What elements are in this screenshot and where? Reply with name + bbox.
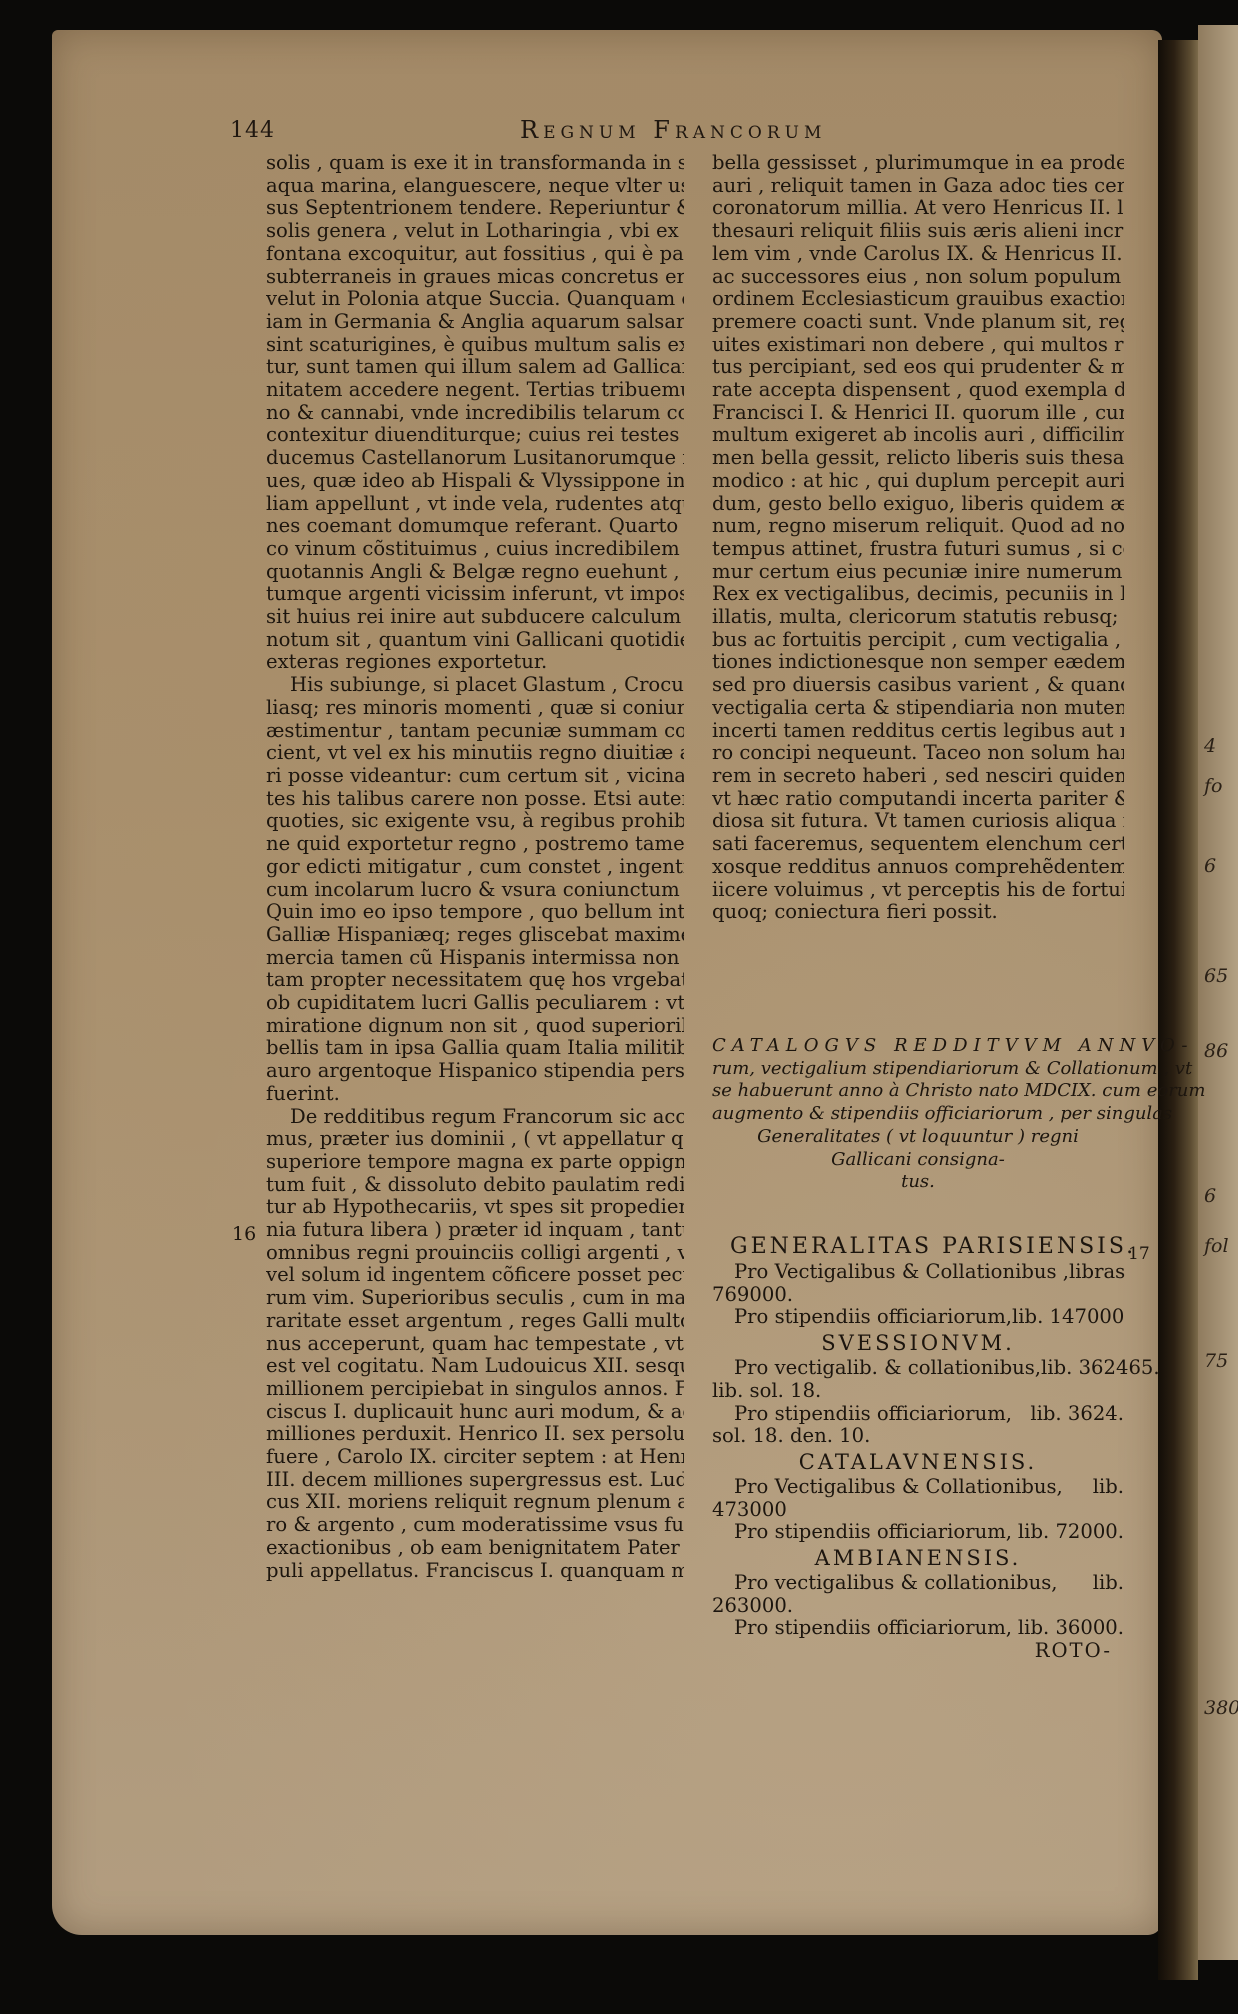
catalog-heading-line: tus.: [712, 1171, 1124, 1194]
text-line: illatis, multa, clericorum statutis rebu…: [712, 606, 1124, 629]
adjacent-page-fragment: 6: [1204, 1185, 1216, 1207]
text-line: modico : at hic , qui duplum percepit au…: [712, 470, 1124, 493]
catalog-heading-line: Gallicani consigna-: [712, 1149, 1124, 1172]
entry-amount: lib.: [1093, 1572, 1124, 1595]
book-scan: 4fo665866fol75380 144 Regnum Francorum 1…: [0, 0, 1238, 2014]
entry-amount: lib. 3624.: [1030, 1403, 1124, 1426]
text-line: sus Septentrionem tendere. Reperiuntur &…: [266, 197, 684, 220]
text-line: vectigalia certa & stipendiaria non mute…: [712, 697, 1124, 720]
adjacent-page-fragment: fo: [1204, 775, 1222, 797]
text-line: contexitur diuenditurque; cuius rei test…: [266, 424, 684, 447]
text-line: co vinum cõstituimus , cuius incredibile…: [266, 538, 684, 561]
text-line: liam appellunt , vt inde vela, rudentes …: [266, 493, 684, 516]
text-line: exactionibus , ob eam benignitatem Pater…: [266, 1537, 684, 1560]
text-line: rate accepta dispensent , quod exempla d…: [712, 379, 1124, 402]
generality-title: GENERALITAS PARISIENSIS.: [712, 1233, 1124, 1261]
adjacent-page-fragment: 4: [1204, 735, 1216, 757]
entry-continuation: 473000: [712, 1499, 1124, 1522]
entry-continuation: lib. sol. 18.: [712, 1380, 1124, 1403]
catchword: ROTO-: [712, 1640, 1124, 1663]
text-line: iicere voluimus , vt perceptis his de fo…: [712, 879, 1124, 902]
page-number: 144: [230, 118, 275, 143]
right-text-column: bella gessisset , plurimumque in ea prod…: [712, 152, 1124, 924]
entry-label: Pro stipendiis officiariorum,: [734, 1403, 1012, 1426]
text-line: ne quid exportetur regno , postremo tame…: [266, 833, 684, 856]
text-line: bella gessisset , plurimumque in ea prod…: [712, 152, 1124, 175]
text-line: sati faceremus, sequentem elenchum certo…: [712, 833, 1124, 856]
text-line: tur, sunt tamen qui illum salem ad Galli…: [266, 356, 684, 379]
catalog-heading-line: rum, vectigalium stipendiariorum & Colla…: [712, 1058, 1124, 1081]
text-line: ac successores eius , non solum populum …: [712, 266, 1124, 289]
text-line: quotannis Angli & Belgæ regno euehunt , …: [266, 561, 684, 584]
text-line: no & cannabi, vnde incredibilis telarum …: [266, 402, 684, 425]
text-line: mur certum eius pecuniæ inire numerum , …: [712, 561, 1124, 584]
text-line: omnibus regni prouinciis colligi argenti…: [266, 1242, 684, 1265]
entry-label: Pro vectigalib. & collationibus,: [734, 1357, 1041, 1380]
text-line: premere coacti sunt. Vnde planum sit, re…: [712, 311, 1124, 334]
left-text-column: solis , quam is exe it in transformanda …: [266, 152, 684, 1582]
text-line: exteras regiones exportetur.: [266, 651, 684, 674]
running-title: Regnum Francorum: [520, 116, 826, 144]
entry-amount: lib. 36000.: [1018, 1617, 1124, 1640]
text-line: xosque redditus annuos comprehẽdentem su…: [712, 856, 1124, 879]
text-line: uites existimari non debere , qui multos…: [712, 334, 1124, 357]
text-line: vel solum id ingentem cõficere posset pe…: [266, 1264, 684, 1287]
text-line: Francisci I. & Henrici II. quorum ille ,…: [712, 402, 1124, 425]
entry-continuation: sol. 18. den. 10.: [712, 1425, 1124, 1448]
text-line: cus XII. moriens reliquit regnum plenum …: [266, 1491, 684, 1514]
text-line: superiore tempore magna ex parte oppigne…: [266, 1151, 684, 1174]
entry-label: Pro stipendiis officiariorum,: [734, 1521, 1012, 1544]
revenue-entry: Pro stipendiis officiariorum,lib. 36000.: [712, 1617, 1124, 1640]
text-line: coronatorum millia. At vero Henricus II.…: [712, 197, 1124, 220]
text-line: auri , reliquit tamen in Gaza adoc ties …: [712, 175, 1124, 198]
text-line: solis , quam is exe it in transformanda …: [266, 152, 684, 175]
text-line: tempus attinet, frustra futuri sumus , s…: [712, 538, 1124, 561]
text-line: bellis tam in ipsa Gallia quam Italia mi…: [266, 1037, 684, 1060]
entry-label: Pro Vectigalibus & Collationibus,: [734, 1476, 1063, 1499]
text-line: rum vim. Superioribus seculis , cum in m…: [266, 1287, 684, 1310]
adjacent-recto-page: 4fo665866fol75380: [1198, 25, 1238, 1960]
text-line: mus, præter ius dominii , ( vt appellatu…: [266, 1128, 684, 1151]
text-line: tur ab Hypothecariis, vt spes sit proped…: [266, 1196, 684, 1219]
text-line: tiones indictionesque non semper eædem s…: [712, 651, 1124, 674]
text-line: ro concipi nequeunt. Taceo non solum han…: [712, 742, 1124, 765]
text-line: millionem percipiebat in singulos annos.…: [266, 1378, 684, 1401]
book-gutter: [1158, 40, 1198, 1980]
entry-label: Pro stipendiis officiariorum,: [734, 1617, 1012, 1640]
entry-amount: libras: [1069, 1261, 1125, 1284]
entry-amount: lib.: [1093, 1476, 1124, 1499]
text-line: quoties, sic exigente vsu, à regibus pro…: [266, 810, 684, 833]
text-line: iam in Germania & Anglia aquarum salsaru…: [266, 311, 684, 334]
adjacent-page-fragment: 65: [1204, 965, 1228, 987]
text-line: His subiunge, si placet Glastum , Crocum…: [266, 674, 684, 697]
text-line: cient, vt vel ex his minutiis regno diui…: [266, 742, 684, 765]
text-line: tumque argenti vicissim inferunt, vt imp…: [266, 583, 684, 606]
text-line: cum incolarum lucro & vsura coniunctum e…: [266, 879, 684, 902]
text-line: ordinem Ecclesiasticum grauibus exaction…: [712, 288, 1124, 311]
margin-section-number-left: 16: [232, 1223, 256, 1245]
text-line: est vel cogitatu. Nam Ludouicus XII. ses…: [266, 1355, 684, 1378]
text-line: fuere , Carolo IX. circiter septem : at …: [266, 1446, 684, 1469]
revenue-entry: Pro Vectigalibus & Collationibus ,libras: [712, 1261, 1124, 1284]
text-line: nitatem accedere negent. Tertias tribuem…: [266, 379, 684, 402]
text-line: III. decem milliones supergressus est. L…: [266, 1469, 684, 1492]
text-line: sit huius rei inire aut subducere calcul…: [266, 606, 684, 629]
text-line: ues, quæ ideo ab Hispali & Vlyssippone i…: [266, 470, 684, 493]
text-line: raritate esset argentum , reges Galli mu…: [266, 1310, 684, 1333]
revenue-entry: Pro stipendiis officiariorum,lib. 3624.: [712, 1403, 1124, 1426]
text-line: puli appellatus. Franciscus I. quanquam …: [266, 1560, 684, 1583]
text-line: milliones perduxit. Henrico II. sex pers…: [266, 1423, 684, 1446]
generality-title: SVESSIONVM.: [712, 1329, 1124, 1357]
text-line: tes his talibus carere non posse. Etsi a…: [266, 788, 684, 811]
entry-amount: lib. 147000: [1012, 1306, 1124, 1329]
text-line: fontana excoquitur, aut fossitius , qui …: [266, 243, 684, 266]
text-line: miratione dignum non sit , quod superior…: [266, 1015, 684, 1038]
adjacent-page-fragment: fol: [1204, 1235, 1229, 1257]
text-line: ri posse videantur: cum certum sit , vic…: [266, 765, 684, 788]
catalog-heading-line: augmento & stipendiis officiariorum , pe…: [712, 1103, 1124, 1126]
revenue-entry: Pro stipendiis officiariorum,lib. 72000.: [712, 1521, 1124, 1544]
text-line: tum fuit , & dissoluto debito paulatim r…: [266, 1174, 684, 1197]
text-line: velut in Polonia atque Succia. Quanquam …: [266, 288, 684, 311]
text-line: dum, gesto bello exiguo, liberis quidem …: [712, 493, 1124, 516]
text-line: Quin imo eo ipso tempore , quo bellum in…: [266, 901, 684, 924]
text-line: Galliæ Hispaniæq; reges gliscebat maxime…: [266, 924, 684, 947]
revenue-entry: Pro Vectigalibus & Collationibus,lib.: [712, 1476, 1124, 1499]
entry-label: Pro stipendiis officiariorum,: [734, 1306, 1012, 1329]
entry-amount: lib. 72000.: [1018, 1521, 1124, 1544]
generality-title: AMBIANENSIS.: [712, 1544, 1124, 1572]
adjacent-page-fragment: 380: [1204, 1697, 1238, 1719]
text-line: nia futura libera ) præter id inquam , t…: [266, 1219, 684, 1242]
entry-label: Pro vectigalibus & collationibus,: [734, 1572, 1057, 1595]
revenue-entry: Pro vectigalibus & collationibus,lib.: [712, 1572, 1124, 1595]
text-line: auro argentoque Hispanico stipendia pers…: [266, 1060, 684, 1083]
text-line: rem in secreto haberi , sed nesciri quid…: [712, 765, 1124, 788]
text-line: sed pro diuersis casibus varient , & qua…: [712, 674, 1124, 697]
text-line: diosa sit futura. Vt tamen curiosis aliq…: [712, 810, 1124, 833]
entry-label: Pro Vectigalibus & Collationibus ,: [734, 1261, 1069, 1284]
text-line: nes coemant domumque referant. Quarto lo…: [266, 515, 684, 538]
text-line: nus acceperunt, quam hac tempestate , vt…: [266, 1333, 684, 1356]
text-line: liasq; res minoris momenti , quæ si coni…: [266, 697, 684, 720]
entry-continuation: 263000.: [712, 1595, 1124, 1618]
generality-title: CATALAVNENSIS.: [712, 1448, 1124, 1476]
text-line: ob cupiditatem lucri Gallis peculiarem :…: [266, 992, 684, 1015]
text-line: men bella gessit, relicto liberis suis t…: [712, 447, 1124, 470]
text-line: Rex ex vectigalibus, decimis, pecuniis i…: [712, 583, 1124, 606]
revenue-entry: Pro vectigalib. & collationibus,lib. 362…: [712, 1357, 1124, 1380]
text-line: quoq; coniectura fieri possit.: [712, 901, 1124, 924]
catalog-heading-line: Generalitates ( vt loquuntur ) regni: [712, 1126, 1124, 1149]
text-line: bus ac fortuitis percipit , cum vectigal…: [712, 629, 1124, 652]
text-line: De redditibus regum Francorum sic accepi…: [266, 1106, 684, 1129]
text-line: lem vim , vnde Carolus IX. & Henricus II…: [712, 243, 1124, 266]
catalog-heading-caps: CATALOGVS REDDITVVM ANNVO-: [712, 1035, 1124, 1058]
text-line: vt hæc ratio computandi incerta pariter …: [712, 788, 1124, 811]
catalog-heading-line: se habuerunt anno à Christo nato MDCIX. …: [712, 1080, 1124, 1103]
entry-continuation: 769000.: [712, 1284, 1124, 1307]
text-line: tam propter necessitatem quę hos vrgebat…: [266, 969, 684, 992]
entry-amount: lib. 362465.: [1041, 1357, 1160, 1380]
revenue-catalog: GENERALITAS PARISIENSIS.Pro Vectigalibus…: [712, 1233, 1124, 1663]
text-line: num, regno miserum reliquit. Quod ad nos…: [712, 515, 1124, 538]
text-line: ciscus I. duplicauit hunc auri modum, & …: [266, 1401, 684, 1424]
adjacent-page-fragment: 75: [1204, 1350, 1228, 1372]
text-line: notum sit , quantum vini Gallicani quoti…: [266, 629, 684, 652]
adjacent-page-fragment: 6: [1204, 855, 1216, 877]
text-line: aqua marina, elanguescere, neque vlter u…: [266, 175, 684, 198]
text-line: ro & argento , cum moderatissime vsus fu…: [266, 1514, 684, 1537]
text-line: gor edicti mitigatur , cum constet , ing…: [266, 856, 684, 879]
text-line: multum exigeret ab incolis auri , diffic…: [712, 424, 1124, 447]
adjacent-page-fragment: 86: [1204, 1040, 1228, 1062]
revenue-entry: Pro stipendiis officiariorum,lib. 147000: [712, 1306, 1124, 1329]
text-line: mercia tamen cũ Hispanis intermissa non …: [266, 947, 684, 970]
text-line: subterraneis in graues micas concretus e…: [266, 266, 684, 289]
page-header: 144 Regnum Francorum: [230, 118, 1110, 146]
catalog-heading: CATALOGVS REDDITVVM ANNVO- rum, vectigal…: [712, 1035, 1124, 1194]
text-line: fuerint.: [266, 1083, 684, 1106]
text-line: æstimentur , tantam pecuniæ summam confi…: [266, 720, 684, 743]
text-line: solis genera , velut in Lotharingia , vb…: [266, 220, 684, 243]
text-line: tus percipiant, sed eos qui prudenter & …: [712, 356, 1124, 379]
text-line: thesauri reliquit filiis suis æris alien…: [712, 220, 1124, 243]
text-line: incerti tamen redditus certis legibus au…: [712, 720, 1124, 743]
text-line: sint scaturigines, è quibus multum salis…: [266, 334, 684, 357]
text-line: ducemus Castellanorum Lusitanorumque na-: [266, 447, 684, 470]
